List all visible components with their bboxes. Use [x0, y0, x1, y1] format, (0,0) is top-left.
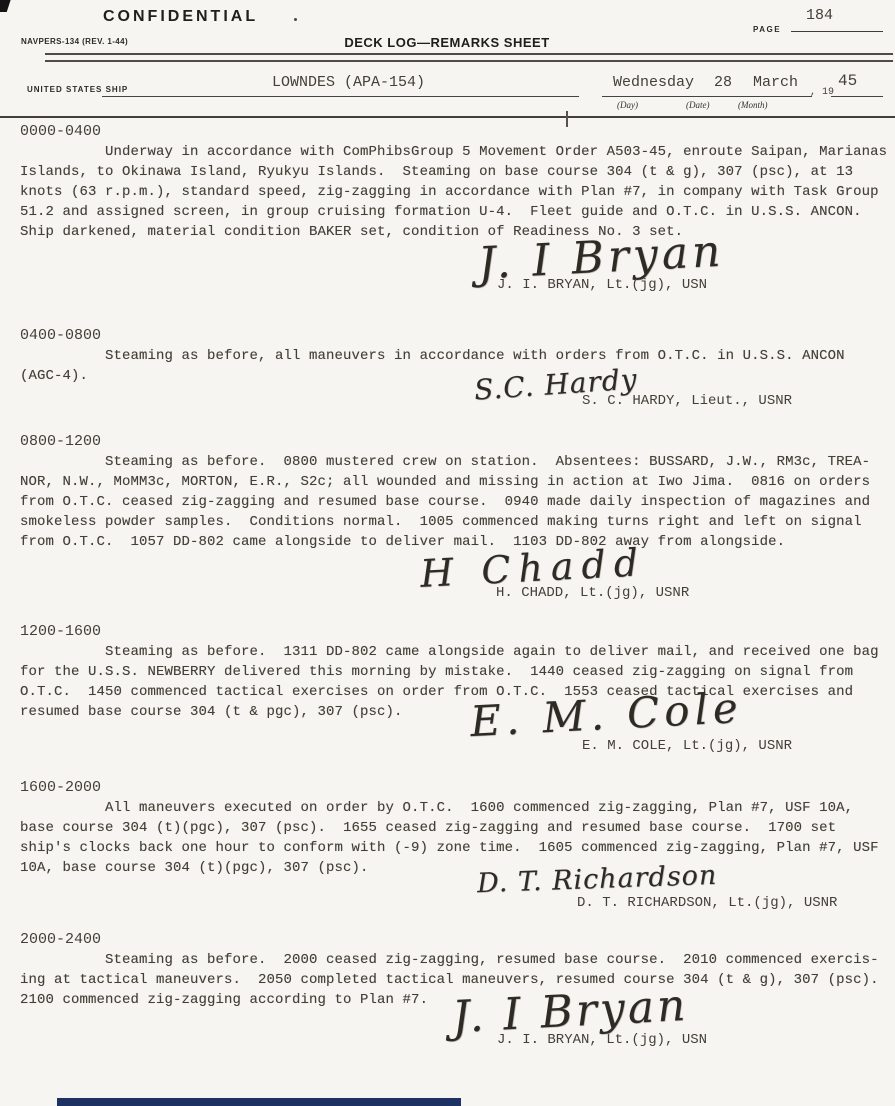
- log-line: NOR, N.W., MoMM3c, MORTON, E.R., S2c; al…: [20, 472, 880, 492]
- date-day-value: Wednesday: [613, 74, 694, 91]
- log-line: 10A, base course 304 (t)(pgc), 307 (psc)…: [20, 858, 880, 878]
- log-line: Islands, to Okinawa Island, Ryukyu Islan…: [20, 162, 880, 182]
- watch-period: 1200-1600: [20, 622, 880, 642]
- typed-signature: H. CHADD, Lt.(jg), USNR: [496, 585, 689, 601]
- log-line: (AGC-4).: [20, 366, 880, 386]
- log-line: smokeless powder samples. Conditions nor…: [20, 512, 880, 532]
- document-title: DECK LOG—REMARKS SHEET: [277, 35, 617, 50]
- typed-signature: E. M. COLE, Lt.(jg), USNR: [582, 738, 792, 754]
- watch-period: 0000-0400: [20, 122, 880, 142]
- deck-log-remarks-sheet: CONFIDENTIAL PAGE 184 NAVPERS-134 (REV. …: [0, 0, 895, 1106]
- typed-signature: J. I. BRYAN, Lt.(jg), USN: [497, 1032, 707, 1048]
- log-entry-1200-1600: 1200-1600 Steaming as before. 1311 DD-80…: [20, 622, 880, 722]
- form-number: NAVPERS-134 (REV. 1-44): [21, 37, 128, 46]
- log-line: knots (63 r.p.m.), standard speed, zig-z…: [20, 182, 880, 202]
- log-entry-0800-1200: 0800-1200 Steaming as before. 0800 muste…: [20, 432, 880, 552]
- watch-period: 0800-1200: [20, 432, 880, 452]
- year-value: 45: [838, 72, 857, 90]
- classification-stamp: CONFIDENTIAL: [103, 8, 258, 26]
- log-line: Steaming as before. 2000 ceased zig-zagg…: [20, 950, 880, 970]
- scan-edge-artifact: [57, 1098, 461, 1106]
- page-label: PAGE: [753, 25, 781, 34]
- date-label: (Date): [686, 100, 710, 110]
- log-line: base course 304 (t)(pgc), 307 (psc). 165…: [20, 818, 880, 838]
- ship-name: LOWNDES (APA-154): [272, 74, 425, 91]
- log-line: from O.T.C. 1057 DD-802 came alongside t…: [20, 532, 880, 552]
- header-double-rule: [45, 53, 893, 62]
- log-line: All maneuvers executed on order by O.T.C…: [20, 798, 880, 818]
- log-line: ing at tactical maneuvers. 2050 complete…: [20, 970, 880, 990]
- log-entry-0400-0800: 0400-0800 Steaming as before, all maneuv…: [20, 326, 880, 386]
- date-underline: [602, 96, 812, 97]
- log-entry-2000-2400: 2000-2400 Steaming as before. 2000 cease…: [20, 930, 880, 1010]
- log-line: resumed base course 304 (t & pgc), 307 (…: [20, 702, 880, 722]
- log-line: Steaming as before, all maneuvers in acc…: [20, 346, 880, 366]
- typed-signature: D. T. RICHARDSON, Lt.(jg), USNR: [577, 895, 837, 911]
- watch-period: 1600-2000: [20, 778, 880, 798]
- page-number-underline: [791, 31, 883, 32]
- header-bottom-rule: [0, 116, 895, 118]
- scan-corner-artifact: [0, 0, 11, 12]
- ship-label: UNITED STATES SHIP: [27, 85, 128, 94]
- month-label: (Month): [738, 100, 768, 110]
- page-number: 184: [806, 7, 833, 24]
- log-line: Underway in accordance with ComPhibsGrou…: [20, 142, 880, 162]
- log-line: ship's clocks back one hour to conform w…: [20, 838, 880, 858]
- year-underline: [831, 96, 883, 97]
- log-line: 51.2 and assigned screen, in group cruis…: [20, 202, 880, 222]
- date-number-value: 28: [714, 74, 732, 91]
- day-label: (Day): [617, 100, 638, 110]
- log-line: Ship darkened, material condition BAKER …: [20, 222, 880, 242]
- typed-signature: J. I. BRYAN, Lt.(jg), USN: [497, 277, 707, 293]
- log-line: Steaming as before. 1311 DD-802 came alo…: [20, 642, 880, 662]
- date-month-value: March: [753, 74, 798, 91]
- typed-signature: S. C. HARDY, Lieut., USNR: [582, 393, 792, 409]
- watch-period: 0400-0800: [20, 326, 880, 346]
- ship-name-underline: [102, 96, 579, 97]
- log-entry-0000-0400: 0000-0400 Underway in accordance with Co…: [20, 122, 880, 242]
- log-line: O.T.C. 1450 commenced tactical exercises…: [20, 682, 880, 702]
- log-line: Steaming as before. 0800 mustered crew o…: [20, 452, 880, 472]
- ink-dot: [294, 18, 297, 21]
- log-line: from O.T.C. ceased zig-zagging and resum…: [20, 492, 880, 512]
- log-line: for the U.S.S. NEWBERRY delivered this m…: [20, 662, 880, 682]
- watch-period: 2000-2400: [20, 930, 880, 950]
- log-entry-1600-2000: 1600-2000 All maneuvers executed on orde…: [20, 778, 880, 878]
